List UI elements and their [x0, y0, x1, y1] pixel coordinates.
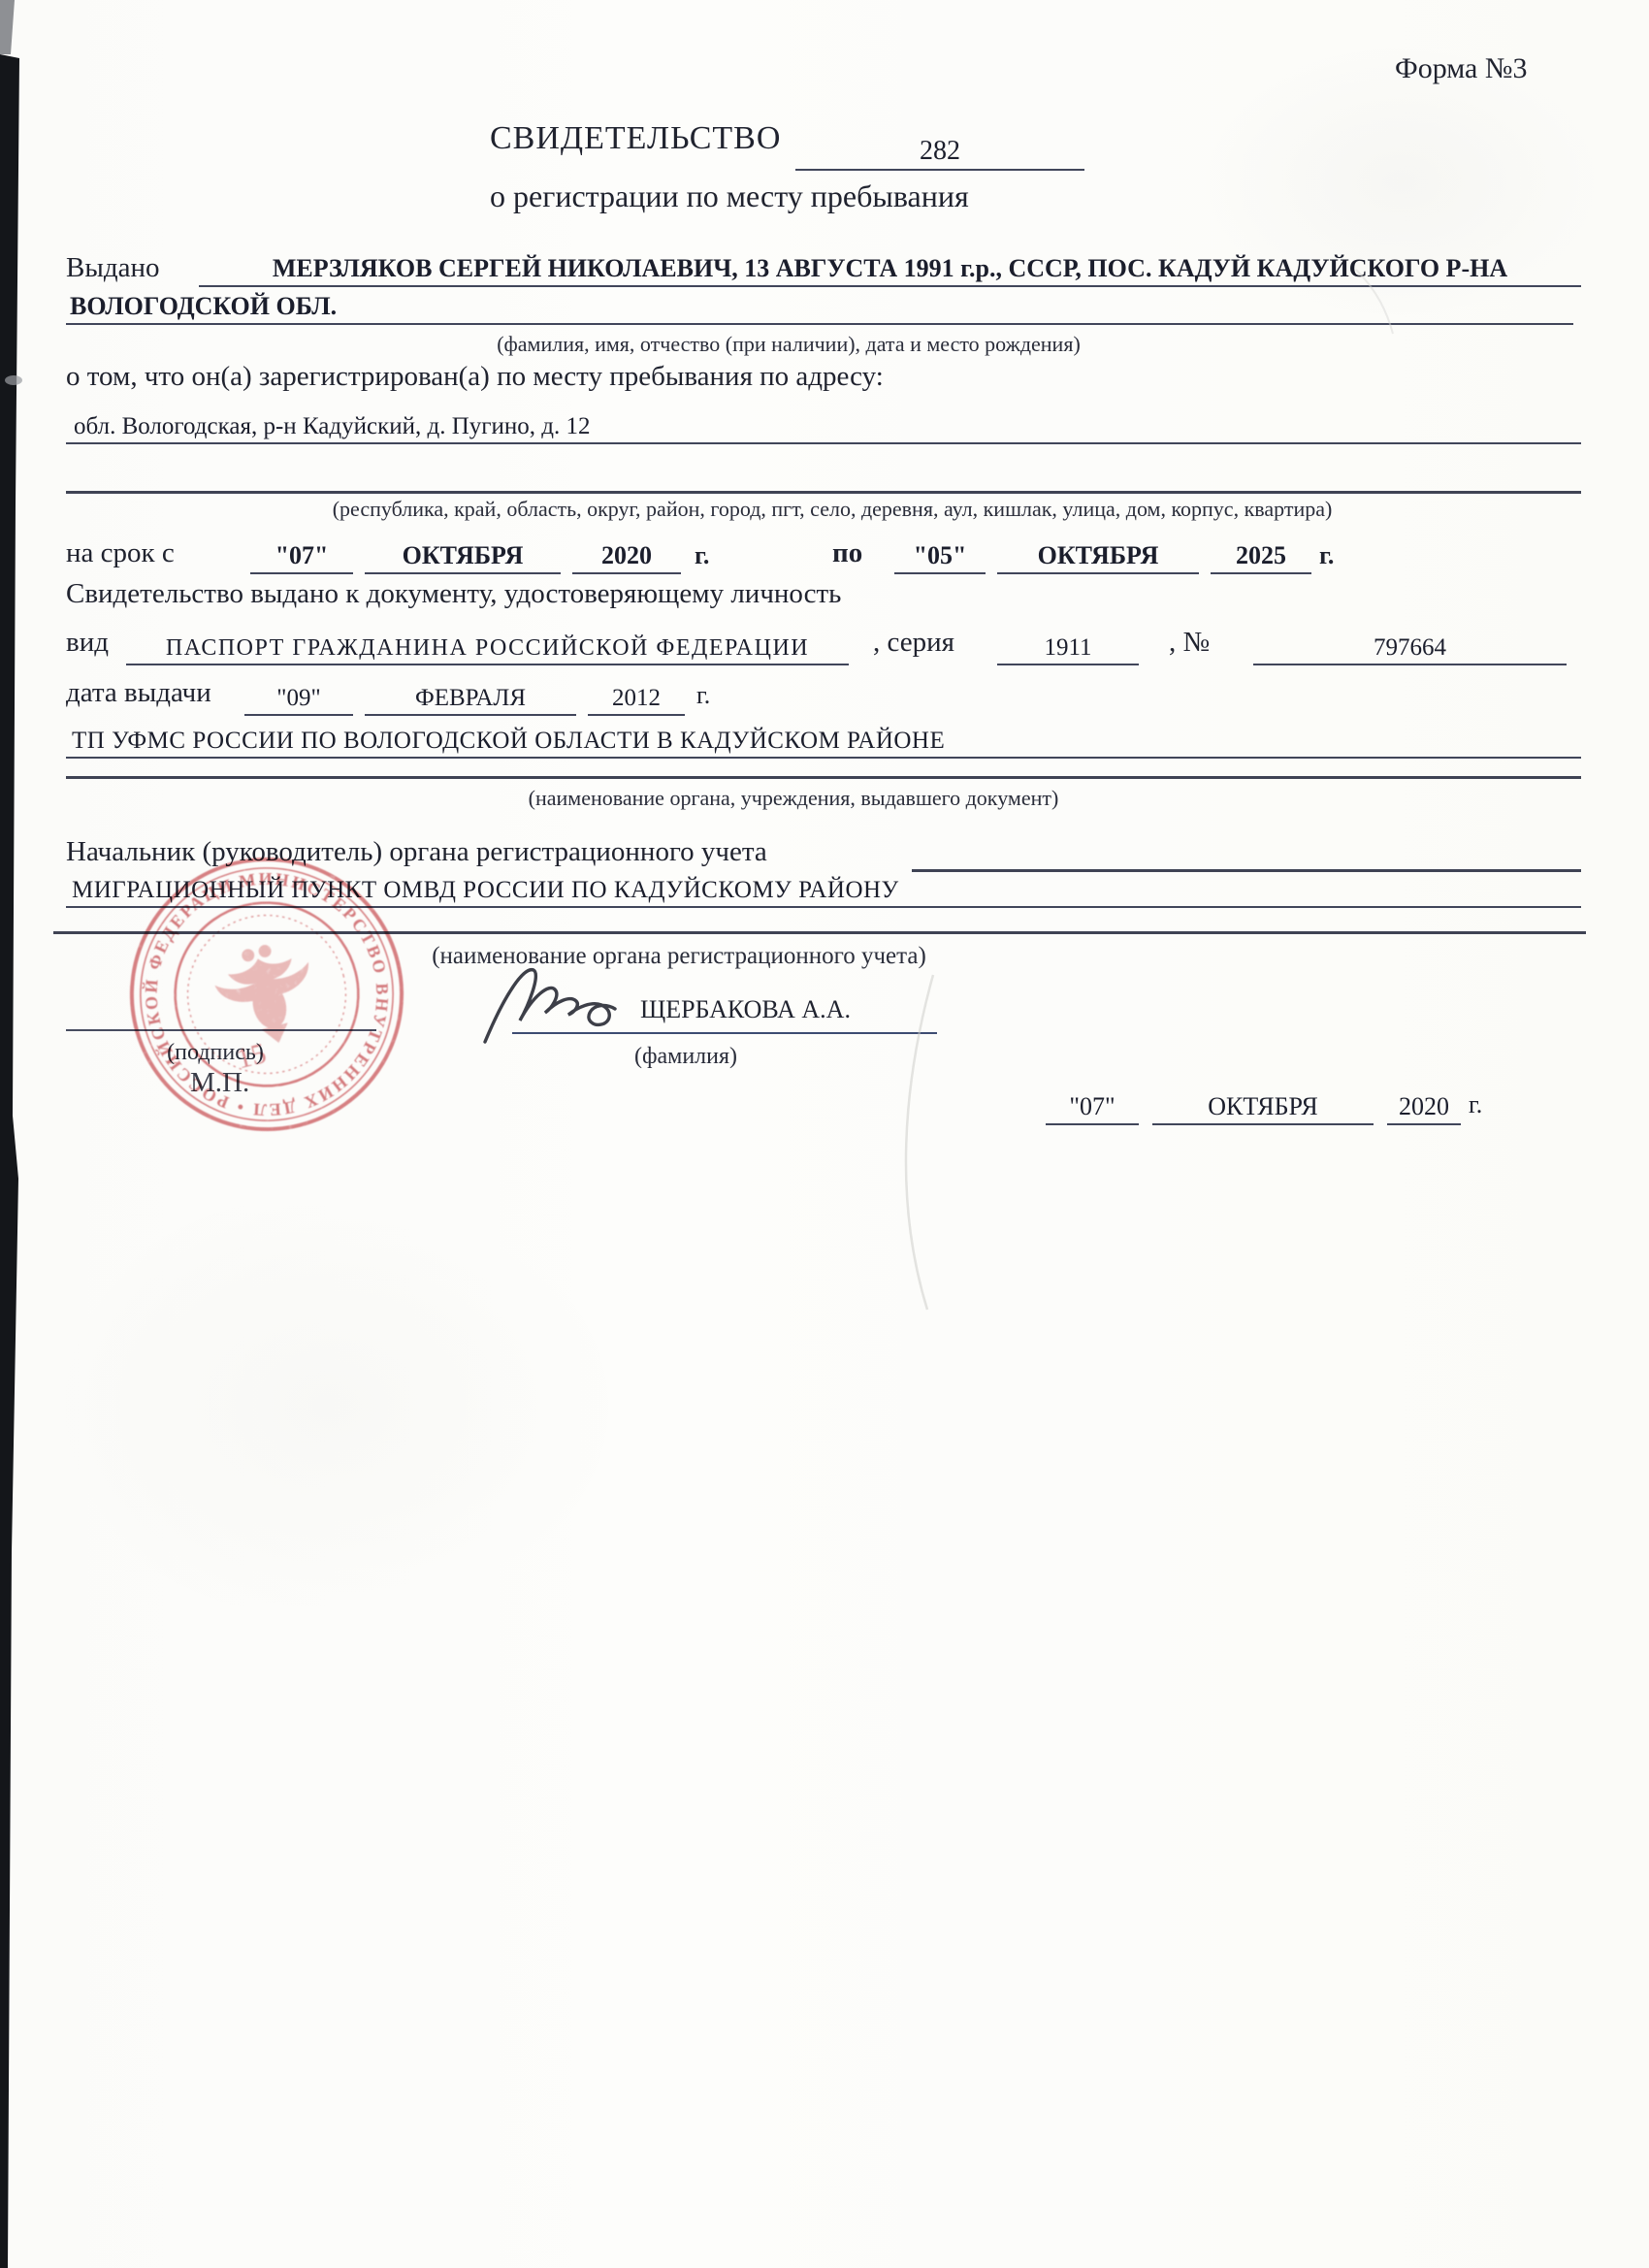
- period-from-day-field: "07": [250, 534, 353, 574]
- scan-edge-corner: [0, 0, 15, 54]
- document-series-label: , серия: [873, 627, 954, 659]
- issuing-authority-field: ТП УФМС РОССИИ ПО ВОЛОГОДСКОЙ ОБЛАСТИ В …: [66, 719, 1581, 759]
- double-eagle-emblem-icon: [209, 935, 326, 1054]
- issue-date-day-field: "07": [1046, 1085, 1139, 1125]
- period-to-day-field: "05": [894, 534, 986, 574]
- registration-statement: о том, что он(а) зарегистрирован(а) по м…: [66, 361, 884, 393]
- document-number-label: , №: [1169, 627, 1210, 659]
- certificate-title: СВИДЕТЕЛЬСТВО: [490, 120, 781, 157]
- period-from-month-field: ОКТЯБРЯ: [365, 534, 561, 574]
- paper-crease: [906, 975, 933, 1310]
- document-type-field: ПАСПОРТ ГРАЖДАНИНА РОССИЙСКОЙ ФЕДЕРАЦИИ: [126, 623, 849, 665]
- issue-month-field: ФЕВРАЛЯ: [365, 673, 576, 716]
- period-from-year-field: 2020: [572, 534, 681, 574]
- issue-date-year-field: 2020: [1387, 1085, 1461, 1125]
- issued-label: Выдано: [66, 252, 159, 284]
- surname-underline: [512, 1032, 937, 1034]
- address-field: обл. Вологодская, р-н Кадуйский, д. Пуги…: [66, 407, 1581, 444]
- surname-caption: (фамилия): [594, 1044, 778, 1070]
- address-caption: (республика, край, область, округ, район…: [66, 497, 1599, 522]
- issued-name-line2-field: ВОЛОГОДСКОЙ ОБЛ.: [66, 288, 1573, 325]
- issued-caption: (фамилия, имя, отчество (при наличии), д…: [66, 332, 1511, 357]
- authority-caption: (наименование органа регистрационного уч…: [388, 943, 970, 970]
- period-to-month-field: ОКТЯБРЯ: [997, 534, 1199, 574]
- certificate-page: Форма №3 СВИДЕТЕЛЬСТВО 282 о регистрации…: [0, 0, 1649, 2268]
- stamp-number: 15: [234, 1037, 270, 1075]
- issuing-authority-caption: (наименование органа, учреждения, выдавш…: [66, 786, 1521, 811]
- form-number-label: Форма №3: [1395, 52, 1527, 85]
- signer-surname: ЩЕРБАКОВА А.А.: [640, 995, 851, 1024]
- period-label: на срок с: [66, 537, 175, 569]
- issue-day-field: "09": [244, 673, 353, 716]
- period-to-year-field: 2025: [1211, 534, 1311, 574]
- issue-date-label: дата выдачи: [66, 677, 211, 709]
- certificate-number-field: 282: [795, 124, 1084, 171]
- issue-date-month-field: ОКТЯБРЯ: [1152, 1085, 1374, 1125]
- issue-year-field: 2012: [588, 673, 685, 716]
- document-number-field: 797664: [1253, 625, 1567, 665]
- certificate-subtitle: о регистрации по месту пребывания: [490, 178, 969, 214]
- scan-edge-band: [0, 54, 19, 2268]
- blank-underline-address: [66, 491, 1581, 494]
- document-series-field: 1911: [997, 625, 1139, 665]
- blank-underline-authority: [66, 776, 1581, 779]
- issue-date-year-suffix: г.: [1469, 1090, 1482, 1119]
- period-from-year-suffix: г.: [695, 541, 709, 570]
- period-to-label: по: [832, 537, 862, 569]
- issue-year-suffix: г.: [696, 681, 710, 710]
- issued-name-line1-field: МЕРЗЛЯКОВ СЕРГЕЙ НИКОЛАЕВИЧ, 13 АВГУСТА …: [199, 246, 1581, 287]
- document-type-label: вид: [66, 627, 109, 659]
- document-intro: Свидетельство выдано к документу, удосто…: [66, 578, 841, 610]
- period-to-year-suffix: г.: [1319, 541, 1334, 570]
- mvd-round-stamp-icon: МИНИСТЕРСТВО ВНУТРЕННИХ ДЕЛ • РОССИЙСКОЙ…: [122, 850, 411, 1139]
